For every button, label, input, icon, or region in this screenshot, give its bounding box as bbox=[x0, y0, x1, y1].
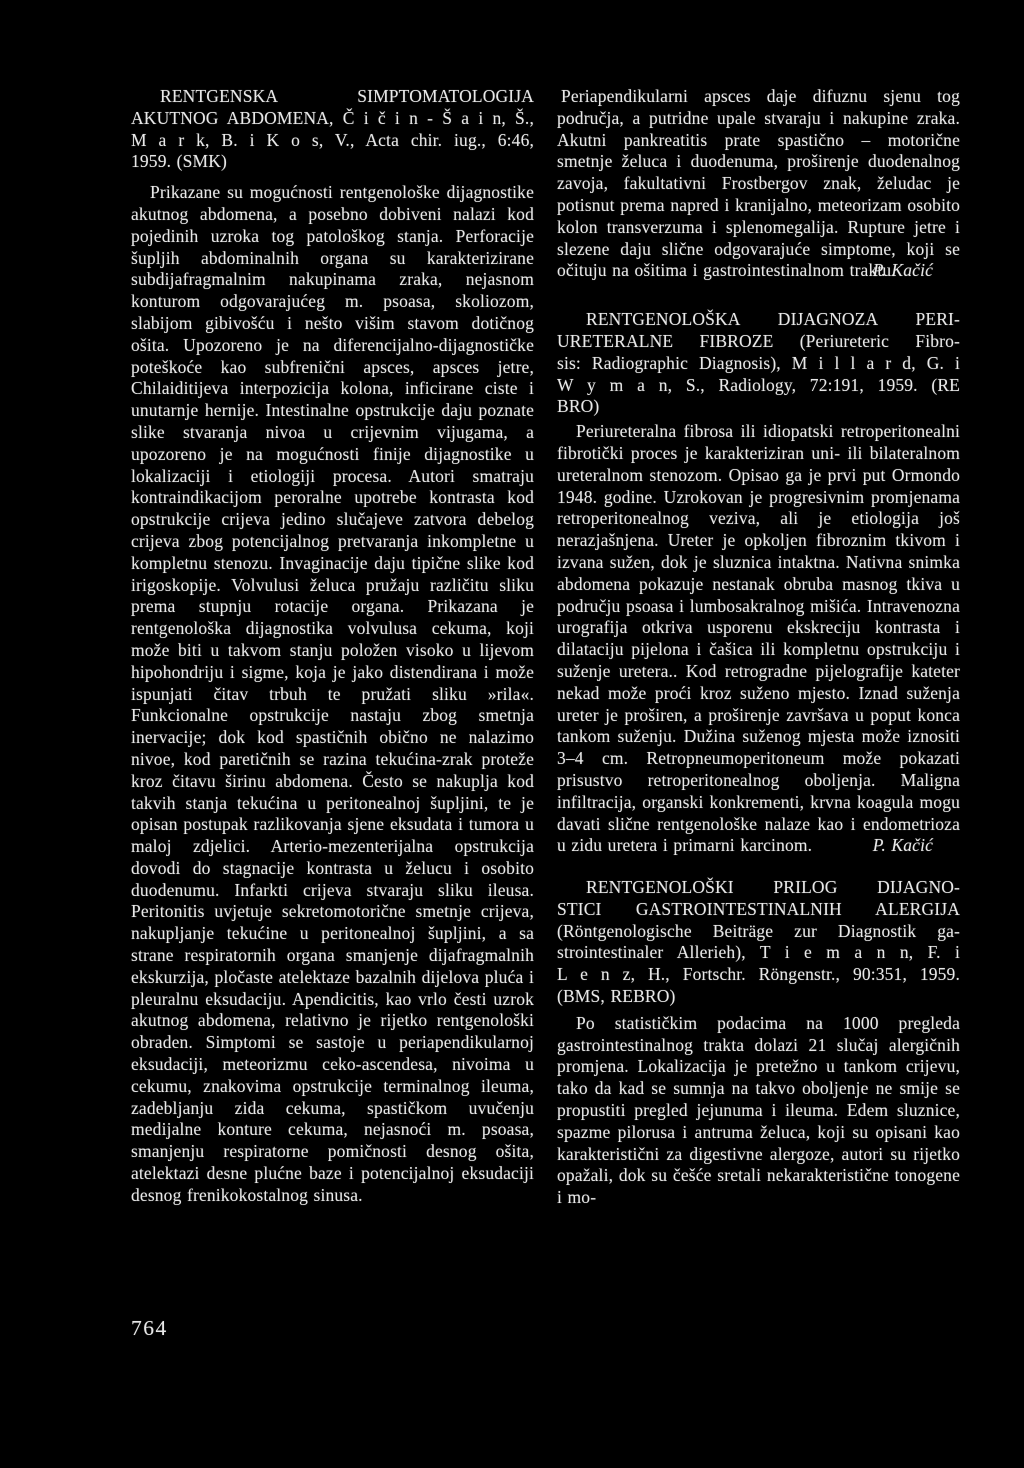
heading-line: AKUTNOG ABDOMENA, Č i č i n - Š a i n, Š… bbox=[131, 108, 534, 130]
left-column: RENTGENSKA SIMPTOMATOLOGIJAAKUTNOG ABDOM… bbox=[131, 86, 534, 1209]
continuation-paragraph: Periapendikularni apsces daje difuznu sj… bbox=[557, 86, 960, 282]
heading-line: L e n z, H., Fortschr. Röngenstr., 90:35… bbox=[557, 964, 960, 986]
heading-line: 1959. (SMK) bbox=[131, 151, 534, 173]
heading-line: RENTGENOLOŠKA DIJAGNOZA PERI- bbox=[557, 309, 960, 331]
heading-line: URETERALNE FIBROZE (Periureteric Fibro- bbox=[557, 331, 960, 353]
scanned-journal-page: RENTGENSKA SIMPTOMATOLOGIJAAKUTNOG ABDOM… bbox=[0, 0, 1024, 1468]
heading-line: M a r k, B. i K o s, V., Acta chir. iug.… bbox=[131, 130, 534, 152]
heading-line: STICI GASTROINTESTINALNIH ALERGIJA bbox=[557, 899, 960, 921]
heading-line: sis: Radiographic Diagnosis), M i l l a … bbox=[557, 353, 960, 375]
heading-line: strointestinaler Allerieh), T i e m a n … bbox=[557, 942, 960, 964]
article1-abstract-text: Prikazane su mogućnosti rentgenološke di… bbox=[131, 182, 534, 1206]
heading-line: RENTGENSKA SIMPTOMATOLOGIJA bbox=[131, 86, 534, 108]
heading-line: (Röntgenologische Beiträge zur Diagnosti… bbox=[557, 921, 960, 943]
heading-line: W y m a n, S., Radiology, 72:191, 1959. … bbox=[557, 375, 960, 397]
page-number: 764 bbox=[131, 1318, 168, 1340]
article2-heading: RENTGENOLOŠKA DIJAGNOZA PERI-URETERALNE … bbox=[557, 309, 960, 418]
right-column: Periapendikularni apsces daje difuznu sj… bbox=[557, 86, 960, 1209]
article3-heading: RENTGENOLOŠKI PRILOG DIJAGNO-STICI GASTR… bbox=[557, 877, 960, 1008]
two-column-layout: RENTGENSKA SIMPTOMATOLOGIJAAKUTNOG ABDOM… bbox=[131, 86, 960, 1209]
heading-line: BRO) bbox=[557, 396, 960, 418]
article1-heading: RENTGENSKA SIMPTOMATOLOGIJAAKUTNOG ABDOM… bbox=[131, 86, 534, 173]
heading-line: RENTGENOLOŠKI PRILOG DIJAGNO- bbox=[557, 877, 960, 899]
heading-line: (BMS, REBRO) bbox=[557, 986, 960, 1008]
article3-abstract-text: Po statističkim podacima na 1000 pregled… bbox=[557, 1013, 960, 1209]
article2-abstract-text: Periureteralna fibrosa ili idiopatski re… bbox=[557, 421, 960, 857]
